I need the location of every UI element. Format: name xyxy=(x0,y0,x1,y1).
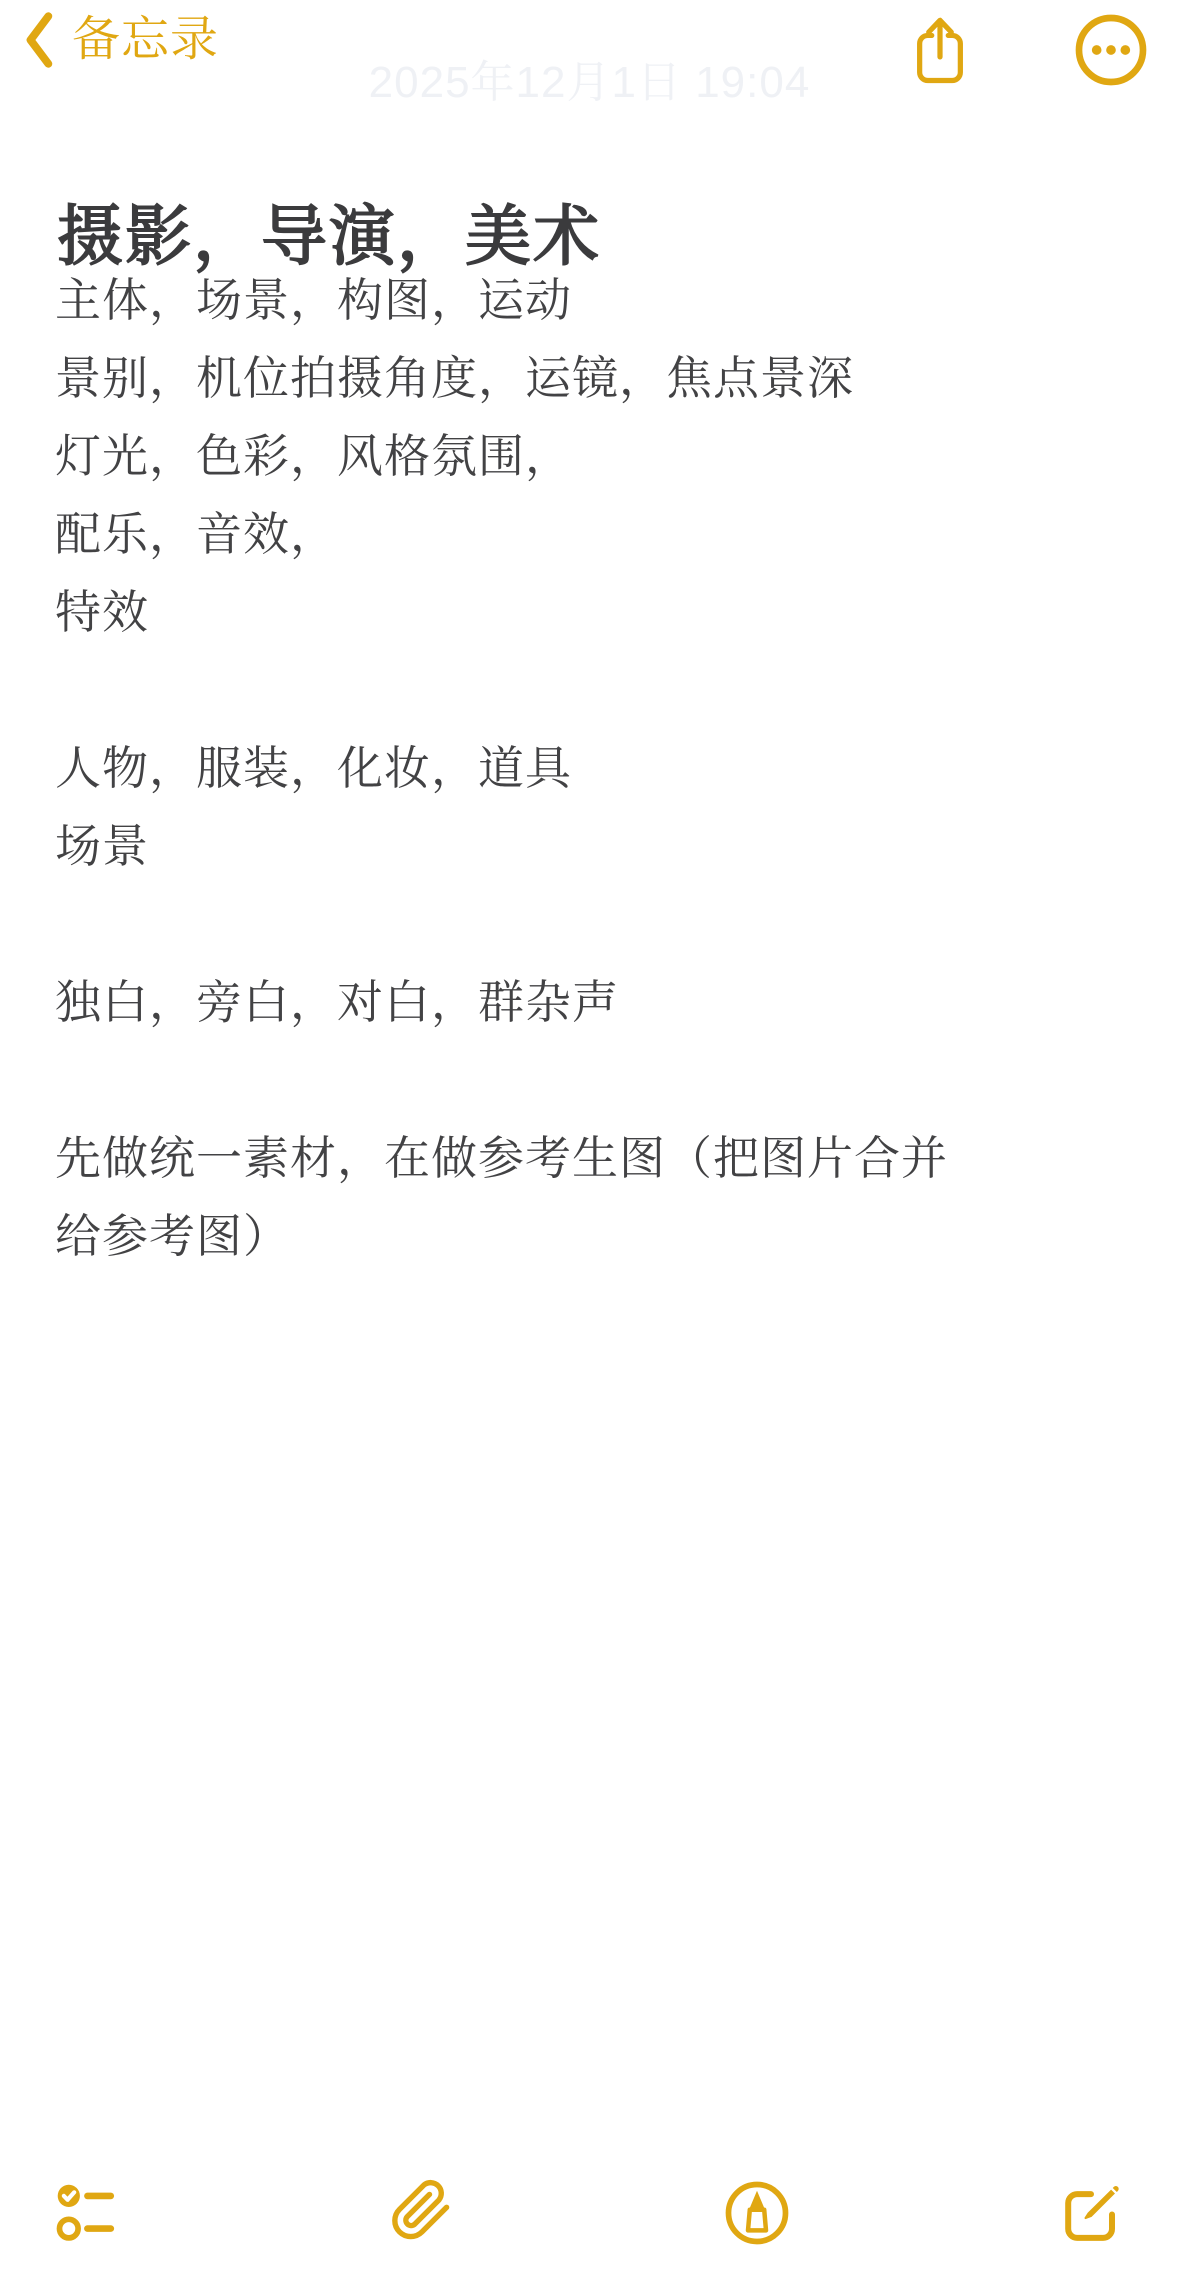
note-body: 主体，场景，构图，运动 景别，机位拍摄角度，运镜，焦点景深 灯光，色彩，风格氛围… xyxy=(55,261,1139,1275)
markup-pen-icon xyxy=(721,2177,793,2249)
note-line: 先做统一素材，在做参考生图（把图片合并 xyxy=(55,1119,1139,1197)
chevron-left-icon xyxy=(22,10,56,70)
note-line: 主体，场景，构图，运动 xyxy=(55,261,1139,339)
checklist-icon xyxy=(52,2177,124,2249)
note-line: 灯光，色彩，风格氛围， xyxy=(55,417,1139,495)
more-options-button[interactable] xyxy=(1071,10,1151,90)
back-to-notes-button[interactable]: 备忘录 xyxy=(22,10,219,70)
back-button-label: 备忘录 xyxy=(72,10,219,70)
note-line: 配乐，音效， xyxy=(55,495,1139,573)
note-line: 景别，机位拍摄角度，运镜，焦点景深 xyxy=(55,339,1139,417)
compose-button[interactable] xyxy=(1055,2177,1127,2249)
nav-actions xyxy=(907,10,1151,90)
share-button[interactable] xyxy=(907,12,973,88)
note-line: 场景 xyxy=(55,807,1139,885)
note-line: 独白，旁白，对白，群杂声 xyxy=(55,963,1139,1041)
bottom-toolbar xyxy=(0,2177,1179,2277)
note-line: 给参考图） xyxy=(55,1197,1139,1275)
ellipsis-circle-icon xyxy=(1071,10,1151,90)
attach-button[interactable] xyxy=(386,2177,458,2249)
note-line: 特效 xyxy=(55,573,1139,651)
note-line-blank xyxy=(55,1041,1139,1119)
share-icon xyxy=(907,12,973,88)
markup-button[interactable] xyxy=(721,2177,793,2249)
note-line-blank xyxy=(55,651,1139,729)
note-line-blank xyxy=(55,885,1139,963)
navigation-bar: 备忘录 xyxy=(0,0,1179,100)
checklist-button[interactable] xyxy=(52,2177,124,2249)
compose-icon xyxy=(1055,2177,1127,2249)
paperclip-icon xyxy=(386,2177,458,2249)
note-line: 人物，服装，化妆，道具 xyxy=(55,729,1139,807)
